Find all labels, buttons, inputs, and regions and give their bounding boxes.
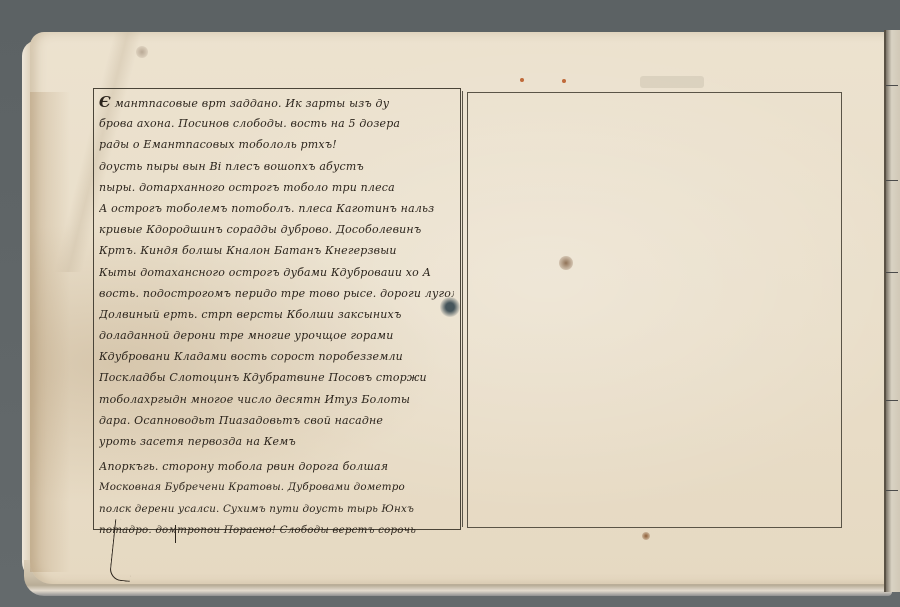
handwritten-text-block: Є мантпасовые врт заддано. Ик зарты ызъ …	[99, 92, 461, 541]
text-line: Кыты дотахансного острогъ дубами Кдубров…	[99, 262, 454, 283]
right-blank-frame	[467, 92, 842, 528]
text-line: доусть пыры вын Ві плесъ вошопхъ абустъ	[99, 156, 454, 177]
text-line: Долвиный ерть. стрп версты Кболши заксын…	[99, 304, 454, 325]
text-line: тоболахргыдн многое число десятн Итуз Бо…	[99, 389, 454, 410]
manuscript-photo: Є мантпасовые врт заддано. Ик зарты ызъ …	[0, 0, 900, 607]
text-line: дара. Осапноводьт Пиазадовьтъ свой насад…	[99, 410, 454, 431]
text-line: полск дерени усалси. Сухимъ пути доусть …	[99, 499, 454, 520]
text-line: кривые Кдородшинъ сорадды дуброво. Дособ…	[99, 219, 454, 240]
text-line: А острогъ тоболемъ потоболъ. плеса Кагот…	[99, 198, 454, 219]
text-line: Кдубровани Кладами вость сорост поробезз…	[99, 346, 454, 367]
text-line: Кртъ. Киндя болшы Кналон Батанъ Кнегерзв…	[99, 240, 454, 261]
faded-stamp-mark	[640, 76, 704, 88]
text-line: потадро. домтропои Порасно! Слободы верс…	[99, 520, 454, 541]
book-spine-next-page	[884, 30, 900, 592]
spine-ruling-mark	[886, 180, 898, 181]
text-line: Апоркъгь. сторону тобола рвин дорога бол…	[99, 456, 454, 477]
spine-ruling-mark	[886, 272, 898, 273]
text-line: брова ахона. Посинов слободы. вость на 5…	[99, 113, 454, 134]
stain	[642, 532, 650, 540]
text-line: Є мантпасовые врт заддано. Ик зарты ызъ …	[99, 92, 454, 113]
spine-ruling-mark	[886, 85, 898, 86]
stain	[559, 256, 573, 270]
spine-ruling-mark	[886, 490, 898, 491]
text-line: вость. подострогомъ перидо тре тово рысе…	[99, 283, 454, 304]
stain	[136, 46, 148, 58]
text-line: рады о Емантпасовых тобололь ртхъ!	[99, 134, 454, 155]
text-line: доладанной дерони тре многие урочщое гор…	[99, 325, 454, 346]
stain	[562, 79, 566, 83]
text-line: Московная Бубречени Кратовы. Дубровами д…	[99, 477, 454, 498]
stain	[520, 78, 524, 82]
spine-ruling-mark	[886, 400, 898, 401]
pen-flourish	[175, 525, 176, 543]
text-line: пыры. дотарханного острогъ тоболо три пл…	[99, 177, 454, 198]
text-line: Поскладбы Слотоцинъ Кдубратвине Посовъ с…	[99, 367, 454, 388]
text-line: уроть засетя первозда на Кемъ	[99, 431, 454, 452]
